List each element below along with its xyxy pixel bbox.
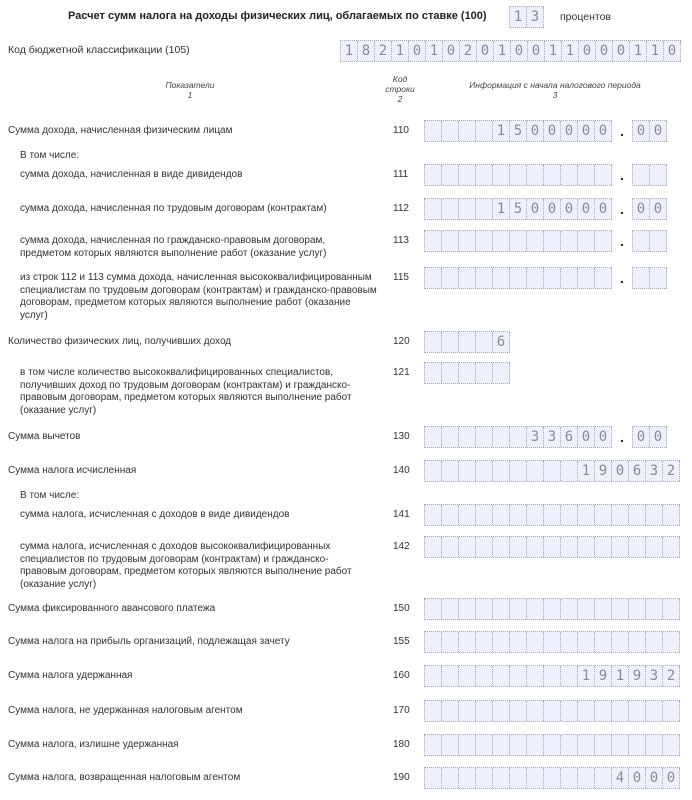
digit-cell [578,268,595,288]
field-141[interactable] [424,504,680,524]
field-170[interactable] [424,700,680,720]
digit-cell: 0 [646,768,663,788]
digit-cell [510,505,527,525]
digit-cell: 3 [646,666,663,686]
rate-field[interactable]: 13 [509,6,544,26]
digit-cell [459,735,476,755]
digit-cell [425,231,442,251]
digit-cell [459,632,476,652]
digit-cell: 0 [561,121,578,141]
digit-cell [544,632,561,652]
field-121[interactable] [424,362,510,382]
digit-cell: 0 [595,199,612,219]
digit-cell [544,461,561,481]
digit-cell [493,427,510,447]
digit-cell [646,505,663,525]
digit-cell [459,599,476,619]
digit-cell [510,632,527,652]
column-number: 1 [130,90,250,100]
row-label: Сумма фиксированного авансового платежа [8,603,368,616]
row-code: 115 [393,272,409,283]
column-title: Показатели [130,80,250,90]
digit-cell [510,427,527,447]
digit-cell [544,599,561,619]
digit-cell [442,165,459,185]
digit-cell [561,599,578,619]
digit-cell: 0 [596,41,613,61]
digit-cell: 3 [646,461,663,481]
digit-cell [595,165,612,185]
digit-cell: 0 [633,427,650,447]
digit-cell [578,505,595,525]
row-label: Количество физических лиц, получивших до… [8,336,368,349]
digit-cell: 0 [629,768,646,788]
digit-cell: 0 [579,41,596,61]
decimal-separator: . [612,198,632,218]
digit-cell [663,632,680,652]
row-code: 111 [393,169,408,180]
row-label: в том числе количество высококвалифициро… [20,367,360,417]
field-120[interactable]: 6 [424,331,510,351]
digit-cell: 1 [510,7,527,27]
digit-cell [510,666,527,686]
digit-cell [544,666,561,686]
digit-cell [425,701,442,721]
field-130[interactable]: 33600.00 [424,426,667,446]
digit-cell [578,768,595,788]
row-label: Сумма вычетов [8,431,368,444]
digit-cell: 0 [578,121,595,141]
field-142[interactable] [424,536,680,556]
digit-cell [646,599,663,619]
column-header-info: Информация с начала налогового периода 3 [440,80,670,100]
digit-cell: 2 [375,41,392,61]
digit-cell [425,165,442,185]
digit-cell: 1 [493,121,510,141]
digit-cell [442,199,459,219]
digit-cell [442,363,459,383]
digit-cell [425,666,442,686]
row-label: сумма налога, исчисленная с доходов высо… [20,541,360,591]
digit-cell [527,268,544,288]
digit-cell [425,121,442,141]
digit-cell [476,599,493,619]
digit-cell: 0 [578,199,595,219]
section-title: Расчет сумм налога на доходы физических … [68,10,487,22]
digit-cell [442,121,459,141]
digit-cell [646,735,663,755]
digit-cell [663,735,680,755]
digit-cell: 1 [578,666,595,686]
digit-cell: 1 [545,41,562,61]
digit-cell [595,268,612,288]
digit-cell [510,268,527,288]
row-code: 150 [393,603,410,614]
digit-cell [544,268,561,288]
digit-cell: 6 [561,427,578,447]
digit-cell [561,735,578,755]
row-code: 142 [393,541,410,552]
digit-cell [561,505,578,525]
field-190[interactable]: 4000 [424,767,680,787]
digit-cell [595,768,612,788]
digit-cell [544,701,561,721]
rate-suffix: процентов [560,11,611,23]
digit-cell [578,632,595,652]
field-113[interactable]: . [424,230,667,250]
digit-cell [510,599,527,619]
column-title: Код [380,74,420,84]
digit-cell: 0 [443,41,460,61]
digit-cell [476,701,493,721]
digit-cell [544,505,561,525]
digit-cell: 0 [544,199,561,219]
digit-cell [425,537,442,557]
digit-cell [633,268,650,288]
digit-cell [612,599,629,619]
digit-cell [476,537,493,557]
digit-cell [476,666,493,686]
digit-cell [442,701,459,721]
digit-cell: 0 [650,121,667,141]
digit-cell [561,768,578,788]
digit-cell [459,332,476,352]
row-label: Сумма налога, возвращенная налоговым аге… [8,772,368,785]
digit-cell [459,768,476,788]
digit-cell: 1 [494,41,511,61]
column-number: 2 [380,94,420,104]
digit-cell: 8 [358,41,375,61]
digit-cell [510,537,527,557]
digit-cell [578,165,595,185]
digit-cell [561,632,578,652]
digit-cell [493,537,510,557]
digit-cell [544,231,561,251]
digit-cell [493,461,510,481]
digit-cell [629,735,646,755]
digit-cell [527,735,544,755]
field-155[interactable] [424,631,680,651]
digit-cell: 1 [578,461,595,481]
digit-cell [425,735,442,755]
digit-cell [561,537,578,557]
digit-cell [561,268,578,288]
digit-cell [459,701,476,721]
row-code: 160 [393,670,410,681]
digit-cell [442,505,459,525]
digit-cell [442,231,459,251]
column-header-code: Код строки 2 [380,74,420,104]
field-111[interactable]: . [424,164,667,184]
digit-cell [646,701,663,721]
digit-cell [510,231,527,251]
digit-cell [493,599,510,619]
row-label: Сумма налога исчисленная [8,465,368,478]
digit-cell: 0 [578,427,595,447]
digit-cell: 0 [527,199,544,219]
digit-cell [425,461,442,481]
digit-cell [629,505,646,525]
row-label: Сумма налога на прибыль организаций, под… [8,636,368,649]
decimal-separator: . [612,267,632,287]
digit-cell [510,461,527,481]
digit-cell [527,537,544,557]
digit-cell [476,332,493,352]
decimal-separator: . [612,230,632,250]
digit-cell [442,735,459,755]
digit-cell [544,768,561,788]
digit-cell [459,666,476,686]
column-title: строки [380,84,420,94]
digit-cell [629,701,646,721]
digit-cell [561,231,578,251]
column-title: Информация с начала налогового периода [440,80,670,90]
field-180[interactable] [424,734,680,754]
digit-cell [425,427,442,447]
digit-cell [527,701,544,721]
digit-cell [442,666,459,686]
digit-cell: 1 [630,41,647,61]
digit-cell [476,461,493,481]
field-110[interactable]: 1500000.00 [424,120,667,140]
digit-cell: 0 [409,41,426,61]
digit-cell [612,701,629,721]
digit-cell [459,231,476,251]
digit-cell [561,165,578,185]
digit-cell [442,427,459,447]
digit-cell [442,632,459,652]
digit-cell [633,231,650,251]
digit-cell [527,505,544,525]
digit-cell [476,231,493,251]
digit-cell: 0 [595,121,612,141]
digit-cell [476,632,493,652]
digit-cell [493,632,510,652]
digit-cell [459,505,476,525]
row-label: Сумма налога, не удержанная налоговым аг… [8,705,368,718]
digit-cell [476,768,493,788]
digit-cell [493,505,510,525]
digit-cell [595,231,612,251]
digit-cell [476,735,493,755]
digit-cell [442,537,459,557]
digit-cell [544,537,561,557]
digit-cell [595,632,612,652]
digit-cell: 1 [392,41,409,61]
digit-cell [629,537,646,557]
digit-cell: 9 [629,666,646,686]
digit-cell [561,461,578,481]
digit-cell [493,666,510,686]
digit-cell: 0 [544,121,561,141]
digit-cell: 0 [595,427,612,447]
digit-cell [425,332,442,352]
digit-cell [442,332,459,352]
digit-cell [459,537,476,557]
digit-cell [633,165,650,185]
digit-cell [493,268,510,288]
digit-cell [527,461,544,481]
digit-cell [527,632,544,652]
digit-cell [493,735,510,755]
digit-cell [493,768,510,788]
digit-cell [476,268,493,288]
digit-cell [646,632,663,652]
digit-cell [612,505,629,525]
digit-cell [425,505,442,525]
digit-cell [459,268,476,288]
digit-cell: 5 [510,121,527,141]
digit-cell [612,632,629,652]
digit-cell [646,537,663,557]
digit-cell [476,165,493,185]
digit-cell: 0 [613,41,630,61]
decimal-separator: . [612,426,632,446]
row-label: сумма дохода, начисленная по гражданско-… [20,235,360,260]
row-code: 113 [393,235,409,246]
digit-cell: 0 [527,121,544,141]
digit-cell [650,231,667,251]
digit-cell [476,505,493,525]
digit-cell: 0 [528,41,545,61]
digit-cell [578,537,595,557]
field-112[interactable]: 1500000.00 [424,198,667,218]
field-140[interactable]: 190632 [424,460,680,480]
digit-cell [663,505,680,525]
row-label: из строк 112 и 113 сумма дохода, начисле… [20,272,380,322]
digit-cell: 0 [663,768,680,788]
digit-cell: 0 [650,427,667,447]
digit-cell: 9 [595,461,612,481]
digit-cell: 1 [612,666,629,686]
digit-cell: 1 [493,199,510,219]
row-label: В том числе: [20,490,380,503]
digit-cell [442,768,459,788]
digit-cell: 3 [544,427,561,447]
digit-cell [476,121,493,141]
digit-cell [663,599,680,619]
digit-cell [459,165,476,185]
digit-cell: 1 [426,41,443,61]
digit-cell [510,165,527,185]
row-code: 130 [393,431,410,442]
field-150[interactable] [424,598,680,618]
digit-cell [510,768,527,788]
digit-cell [459,199,476,219]
digit-cell [425,363,442,383]
digit-cell [425,599,442,619]
digit-cell [527,165,544,185]
digit-cell [425,199,442,219]
row-code: 112 [393,203,409,214]
digit-cell: 2 [663,666,680,686]
digit-cell: 6 [493,332,510,352]
digit-cell [629,599,646,619]
row-code: 155 [393,636,410,647]
digit-cell [493,701,510,721]
digit-cell [425,768,442,788]
digit-cell [442,268,459,288]
digit-cell: 6 [629,461,646,481]
field-115[interactable]: . [424,267,667,287]
digit-cell: 0 [561,199,578,219]
digit-cell [578,735,595,755]
digit-cell [595,537,612,557]
kbk-label: Код бюджетной классификации (105) [8,44,190,56]
row-code: 121 [393,367,410,378]
digit-cell [459,461,476,481]
digit-cell: 0 [650,199,667,219]
digit-cell [612,735,629,755]
row-label: В том числе: [20,150,380,163]
digit-cell [595,505,612,525]
digit-cell [459,427,476,447]
digit-cell [425,268,442,288]
column-header-indicators: Показатели 1 [130,80,250,100]
row-label: сумма налога, исчисленная с доходов в ви… [20,509,380,522]
row-code: 180 [393,739,410,750]
digit-cell [493,165,510,185]
decimal-separator: . [612,120,632,140]
digit-cell: 0 [633,199,650,219]
row-label: Сумма дохода, начисленная физическим лиц… [8,125,368,138]
digit-cell [595,599,612,619]
row-label: сумма дохода, начисленная по трудовым до… [20,203,380,216]
row-label: сумма дохода, начисленная в виде дивиден… [20,169,380,182]
digit-cell [459,363,476,383]
digit-cell [476,427,493,447]
digit-cell [459,121,476,141]
digit-cell: 4 [612,768,629,788]
digit-cell [476,199,493,219]
digit-cell [561,701,578,721]
digit-cell [527,599,544,619]
digit-cell [612,537,629,557]
digit-cell: 0 [511,41,528,61]
digit-cell: 2 [663,461,680,481]
digit-cell [578,599,595,619]
digit-cell: 5 [510,199,527,219]
field-160[interactable]: 191932 [424,665,680,685]
digit-cell [595,701,612,721]
digit-cell: 1 [647,41,664,61]
digit-cell [650,165,667,185]
digit-cell [442,599,459,619]
digit-cell: 1 [562,41,579,61]
digit-cell: 0 [633,121,650,141]
digit-cell [527,666,544,686]
row-code: 140 [393,465,410,476]
digit-cell [595,735,612,755]
digit-cell [544,735,561,755]
row-code: 120 [393,336,410,347]
digit-cell [510,735,527,755]
digit-cell: 9 [595,666,612,686]
decimal-separator: . [612,164,632,184]
digit-cell [510,701,527,721]
row-code: 190 [393,772,410,783]
kbk-field[interactable]: 18210102010011000110 [340,40,681,60]
digit-cell [578,701,595,721]
digit-cell [663,701,680,721]
digit-cell [663,537,680,557]
digit-cell [578,231,595,251]
row-label: Сумма налога, излишне удержанная [8,739,368,752]
digit-cell [425,632,442,652]
digit-cell: 0 [664,41,681,61]
digit-cell [493,231,510,251]
digit-cell: 1 [341,41,358,61]
